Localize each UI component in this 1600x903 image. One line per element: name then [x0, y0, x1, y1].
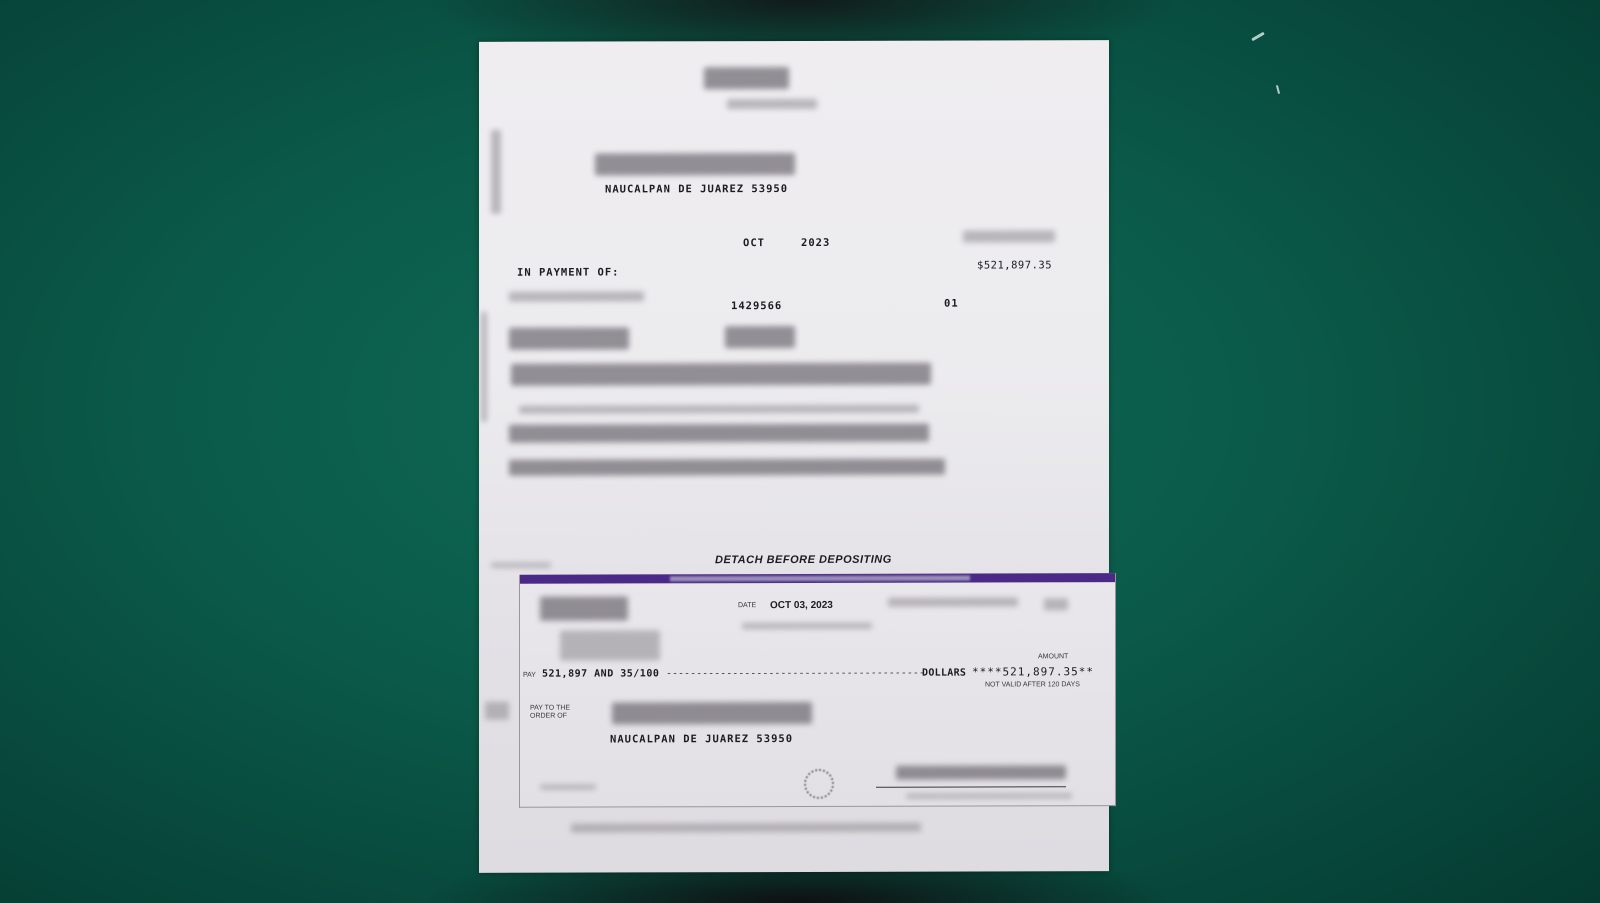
redacted-side-text: [491, 130, 501, 214]
redacted-memo: [540, 785, 596, 790]
dollars-label: DOLLARS: [922, 668, 966, 679]
check-date-label: DATE: [738, 602, 756, 609]
check-date: OCT 03, 2023: [770, 600, 833, 611]
redacted-paragraph: [509, 424, 929, 443]
redacted-small-text: [491, 563, 551, 568]
redacted-check-number: [888, 597, 1018, 606]
redacted-micr-line: [571, 823, 921, 833]
in-payment-of-label: IN PAYMENT OF:: [517, 266, 620, 278]
stub-amount: $521,897.35: [977, 259, 1052, 271]
redacted-bank-name: [742, 623, 872, 629]
redacted-signature: [896, 765, 1066, 779]
redacted-policy-info: [725, 326, 795, 348]
redacted-logo: [704, 67, 789, 89]
check-payee-city: NAUCALPAN DE JUAREZ 53950: [610, 733, 793, 745]
redacted-policy-info: [509, 327, 629, 349]
redacted-company-address: [560, 630, 660, 660]
redacted-side-mark: [485, 702, 509, 720]
redacted-paragraph: [519, 405, 919, 414]
stub-payee-city: NAUCALPAN DE JUAREZ 53950: [605, 183, 788, 195]
pay-to-order-label: PAY TO THE ORDER OF: [530, 705, 590, 721]
redacted-payee-name: [595, 153, 795, 176]
check-header-band: [520, 573, 1115, 584]
stub-date-year: 2023: [801, 237, 830, 249]
numeric-amount: ****521,897.35**: [972, 665, 1094, 678]
amount-fill-dashes: ----------------------------------------…: [666, 668, 925, 680]
stub-date-month: OCT: [743, 237, 765, 249]
redacted-signer-title: [906, 793, 1072, 798]
table-scratch: [1276, 85, 1280, 94]
detach-notice: DETACH BEFORE DEPOSITING: [715, 554, 892, 566]
bank-check: DATE OCT 03, 2023 AMOUNT PAY 521,897 AND…: [519, 573, 1116, 808]
redacted-line: [509, 291, 644, 301]
redacted-company-logo: [540, 596, 628, 620]
redacted-payee-name: [612, 702, 812, 725]
written-amount: 521,897 AND 35/100: [542, 668, 659, 679]
table-scratch: [1251, 32, 1265, 42]
redacted-paragraph: [511, 363, 931, 386]
amount-label: AMOUNT: [1038, 653, 1068, 660]
redacted-paragraph: [509, 459, 945, 476]
reference-number: 1429566: [731, 300, 782, 312]
check-document: NAUCALPAN DE JUAREZ 53950 OCT 2023 IN PA…: [479, 40, 1109, 873]
signature-line: [876, 786, 1066, 787]
validity-notice: NOT VALID AFTER 120 DAYS: [985, 681, 1080, 688]
redacted-routing: [1044, 598, 1068, 610]
security-seal-icon: [804, 769, 834, 799]
reference-code: 01: [944, 298, 959, 310]
pay-label: PAY: [523, 672, 536, 679]
redacted-subtitle: [727, 99, 817, 109]
redacted-stub-id: [963, 230, 1055, 242]
redacted-side-text: [481, 312, 487, 422]
